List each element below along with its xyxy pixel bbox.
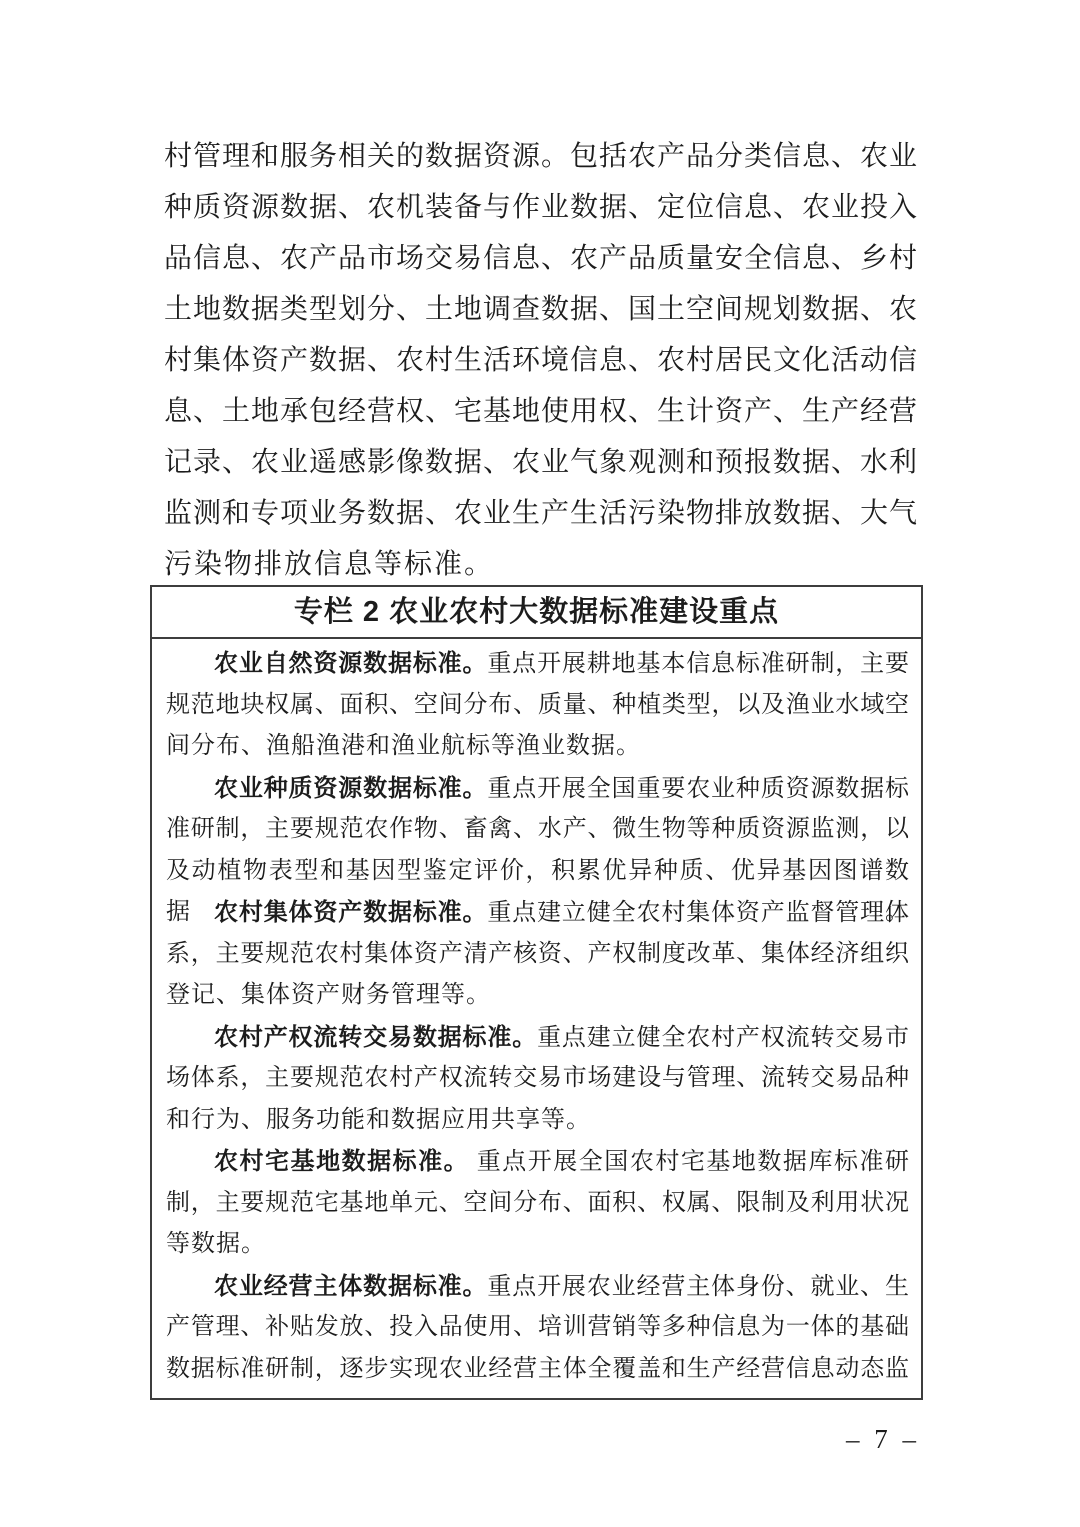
panel-line: 系，主要规范农村集体资产清产核资、产权制度改革、集体经济组织 <box>166 934 909 976</box>
panel-line: 数据标准研制，逐步实现农业经营主体全覆盖和生产经营信息动态监 <box>166 1349 909 1391</box>
paragraph-lead: 农业自然资源数据标准。 <box>214 650 487 677</box>
body-line: 污染物排放信息等标准。 <box>164 539 917 590</box>
panel-paragraph: 农村产权流转交易数据标准。重点建立健全农村产权流转交易市场体系，主要规范农村产权… <box>166 1017 909 1142</box>
panel-paragraph: 农业种质资源数据标准。重点开展全国重要农业种质资源数据标准研制，主要规范农作物、… <box>166 768 909 893</box>
paragraph-lead: 农村宅基地数据标准。 <box>214 1148 469 1175</box>
panel-body: 农业自然资源数据标准。重点开展耕地基本信息标准研制，主要规范地块权属、面积、空间… <box>152 639 921 1398</box>
body-line: 记录、农业遥感影像数据、农业气象观测和预报数据、水利 <box>164 437 917 488</box>
body-line: 种质资源数据、农机装备与作业数据、定位信息、农业投入 <box>164 182 917 233</box>
panel-line: 准研制，主要规范农作物、畜禽、水产、微生物等种质资源监测，以 <box>166 809 909 851</box>
panel-line: 农业自然资源数据标准。重点开展耕地基本信息标准研制，主要 <box>166 643 909 685</box>
panel-paragraph: 农村宅基地数据标准。 重点开展全国农村宅基地数据库标准研制，主要规范宅基地单元、… <box>166 1141 909 1266</box>
panel-paragraph: 农村集体资产数据标准。重点建立健全农村集体资产监督管理体系，主要规范农村集体资产… <box>166 892 909 1017</box>
panel-line: 规范地块权属、面积、空间分布、质量、种植类型，以及渔业水域空 <box>166 685 909 727</box>
panel-line: 制，主要规范宅基地单元、空间分布、面积、权属、限制及利用状况 <box>166 1183 909 1225</box>
panel-line: 农业经营主体数据标准。重点开展农业经营主体身份、就业、生 <box>166 1266 909 1308</box>
panel-paragraph: 农业经营主体数据标准。重点开展农业经营主体身份、就业、生产管理、补贴发放、投入品… <box>166 1266 909 1391</box>
panel-line: 和行为、服务功能和数据应用共享等。 <box>166 1100 909 1142</box>
highlight-panel: 专栏 2 农业农村大数据标准建设重点 农业自然资源数据标准。重点开展耕地基本信息… <box>150 585 923 1400</box>
panel-line: 及动植物表型和基因型鉴定评价，积累优异种质、优异基因图谱数据。 <box>166 851 909 893</box>
paragraph-lead: 农业种质资源数据标准。 <box>214 775 487 802</box>
panel-line: 场体系，主要规范农村产权流转交易市场建设与管理、流转交易品种 <box>166 1058 909 1100</box>
body-line: 息、土地承包经营权、宅基地使用权、生计资产、生产经营 <box>164 386 917 437</box>
panel-line: 间分布、渔船渔港和渔业航标等渔业数据。 <box>166 726 909 768</box>
body-line: 品信息、农产品市场交易信息、农产品质量安全信息、乡村 <box>164 233 917 284</box>
panel-line: 农业种质资源数据标准。重点开展全国重要农业种质资源数据标 <box>166 768 909 810</box>
body-line: 村管理和服务相关的数据资源。包括农产品分类信息、农业 <box>164 131 917 182</box>
panel-paragraph: 农业自然资源数据标准。重点开展耕地基本信息标准研制，主要规范地块权属、面积、空间… <box>166 643 909 768</box>
body-line: 村集体资产数据、农村生活环境信息、农村居民文化活动信 <box>164 335 917 386</box>
paragraph-lead: 农村产权流转交易数据标准。 <box>214 1024 537 1051</box>
page-number: – 7 – <box>846 1424 920 1454</box>
body-line: 监测和专项业务数据、农业生产生活污染物排放数据、大气 <box>164 488 917 539</box>
body-paragraph: 村管理和服务相关的数据资源。包括农产品分类信息、农业种质资源数据、农机装备与作业… <box>164 131 917 590</box>
panel-line: 登记、集体资产财务管理等。 <box>166 975 909 1017</box>
paragraph-lead: 农村集体资产数据标准。 <box>214 899 487 926</box>
panel-line: 等数据。 <box>166 1224 909 1266</box>
panel-line: 产管理、补贴发放、投入品使用、培训营销等多种信息为一体的基础 <box>166 1307 909 1349</box>
panel-line: 农村宅基地数据标准。 重点开展全国农村宅基地数据库标准研 <box>166 1141 909 1183</box>
panel-line: 农村产权流转交易数据标准。重点建立健全农村产权流转交易市 <box>166 1017 909 1059</box>
body-line: 土地数据类型划分、土地调查数据、国土空间规划数据、农 <box>164 284 917 335</box>
panel-line: 农村集体资产数据标准。重点建立健全农村集体资产监督管理体 <box>166 892 909 934</box>
panel-title: 专栏 2 农业农村大数据标准建设重点 <box>152 587 921 639</box>
paragraph-lead: 农业经营主体数据标准。 <box>214 1273 487 1300</box>
